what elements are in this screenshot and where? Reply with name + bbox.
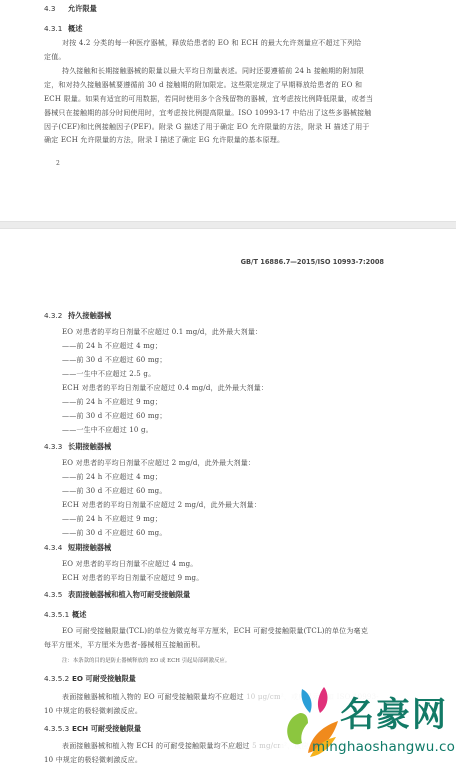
paragraph-line: 定，和对持久接触器械要遵循前 30 d 接触期的附加限定。这些限定规定了早期释放…	[44, 79, 362, 93]
list-line: ECH 对患者的平均日剂量不应超过 2 mg/d，此外最大剂量：	[62, 499, 261, 513]
paragraph-line: 器械只在接触期的部分时间使用时，宜考虑按比例提高限量。ISO 10993-17 …	[44, 107, 372, 121]
list-line: ——前 24 h 不应超过 9 mg；	[62, 513, 162, 527]
list-line: EO 对患者的平均日剂量不应超过 0.1 mg/d，此外最大剂量：	[62, 326, 262, 340]
document-page-1: 4.3允许限量 4.3.1概述 对按 4.2 分类的每一种医疗器械，释放给患者的…	[0, 0, 456, 222]
list-line: ——前 30 d 不应超过 60 mg；	[62, 410, 167, 424]
list-line: ——一生中不应超过 10 g。	[62, 424, 153, 438]
section-heading-4-3-5-3: 4.3.5.3ECH 可耐受接触限量	[44, 724, 141, 734]
section-heading-4-3: 4.3允许限量	[44, 4, 97, 14]
list-line: EO 对患者的平均日剂量不应超过 2 mg/d，此外最大剂量：	[62, 457, 255, 471]
watermark-logo: 名豪网 minghaoshangwu.com	[280, 683, 456, 767]
paragraph-line: 定值。	[44, 51, 66, 65]
paragraph-line: 持久接触和长期接触器械的限量以最大平均日剂量表述。同时还要遵循前 24 h 接触…	[62, 65, 364, 79]
page-number: 2	[56, 160, 60, 167]
paragraph-line: 10 中规定的极轻微刺激反应。	[44, 754, 142, 767]
list-line: ECH 对患者的平均日剂量不应超过 0.4 mg/d，此外最大剂量：	[62, 382, 268, 396]
list-line: ——前 24 h 不应超过 9 mg；	[62, 396, 162, 410]
page-separator	[0, 221, 456, 229]
section-heading-4-3-4: 4.3.4短期接触器械	[44, 543, 111, 553]
paragraph-line: EO 可耐受接触限量(TCL)的单位为微克每平方厘米，ECH 可耐受接触限量(T…	[62, 625, 368, 639]
list-line: ——一生中不应超过 2.5 g。	[62, 368, 155, 382]
watermark-name: 名豪网	[340, 687, 448, 736]
list-line: ECH 对患者的平均日剂量不应超过 9 mg。	[62, 572, 203, 586]
list-line: ——前 30 d 不应超过 60 mg；	[62, 354, 167, 368]
section-heading-4-3-3: 4.3.3长期接触器械	[44, 442, 111, 452]
paragraph-line: 10 中规定的极轻微刺激反应。	[44, 705, 142, 719]
list-line: ——前 24 h 不应超过 4 mg；	[62, 340, 162, 354]
paragraph-line: 因子(CEF)和比例接触因子(PEF)。附录 G 描述了用于确定 EO 允许限量…	[44, 121, 370, 135]
section-heading-4-3-2: 4.3.2持久接触器械	[44, 311, 111, 321]
list-line: EO 对患者的平均日剂量不应超过 4 mg。	[62, 558, 198, 572]
section-heading-4-3-5-1: 4.3.5.1概述	[44, 610, 86, 620]
paragraph-line: 确定 ECH 允许限量的方法，附录 I 描述了确定 EG 允许限量的基本原理。	[44, 134, 284, 148]
list-line: ——前 24 h 不应超过 4 mg；	[62, 471, 162, 485]
paragraph-line: ECH 限量。如果有适宜的可用数据，若同时使用多个含残留物的器械，宜考虑按比例降…	[44, 93, 373, 107]
section-heading-4-3-5-2: 4.3.5.2EO 可耐受接触限量	[44, 674, 136, 684]
note: 注：本条款的目的是防止器械释放的 EO 或 ECH 引起局部刺激反应。	[62, 656, 230, 664]
section-heading-4-3-5: 4.3.5表面接触器械和植入物可耐受接触限量	[44, 590, 190, 600]
section-heading-4-3-1: 4.3.1概述	[44, 24, 82, 34]
list-line: ——前 30 d 不应超过 60 mg。	[62, 527, 167, 541]
watermark-url: minghaoshangwu.com	[312, 739, 456, 755]
standard-header: GB/T 16886.7—2015/ISO 10993-7:2008	[241, 258, 384, 266]
paragraph-line: 每平方厘米，平方厘米为患者-器械相互接触面积。	[44, 639, 205, 653]
list-line: ——前 30 d 不应超过 60 mg。	[62, 485, 167, 499]
paragraph-line: 对按 4.2 分类的每一种医疗器械，释放给患者的 EO 和 ECH 的最大允许剂…	[62, 37, 362, 51]
